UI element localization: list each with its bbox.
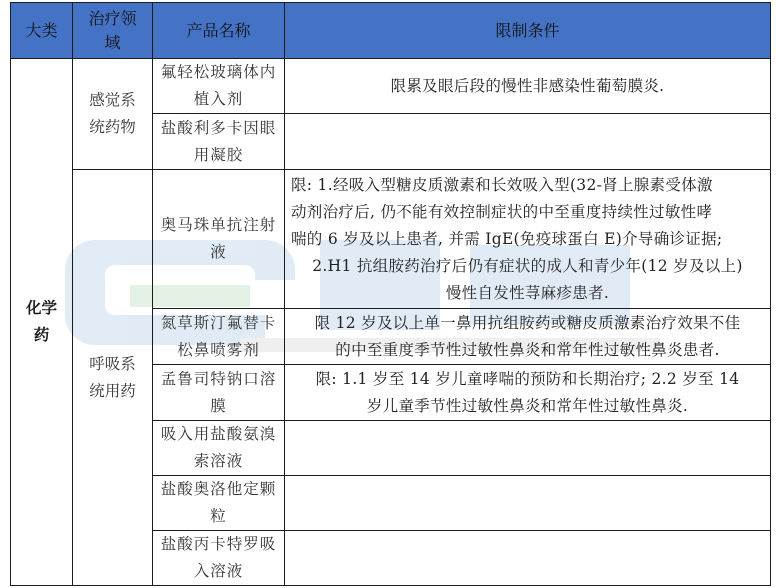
table-row: 化学药 感觉系统药物 氟轻松玻璃体内植入剂 限累及眼后段的慢性非感染性葡萄膜炎. — [11, 59, 771, 114]
product-cell: 吸入用盐酸氨溴索溶液 — [153, 421, 285, 476]
category-cell: 化学药 — [11, 59, 73, 586]
area-cell-sensory: 感觉系统药物 — [73, 59, 153, 170]
condition-line: 喘的 6 岁及以上患者, 并需 IgE(免疫球蛋白 E)介导确诊证据; — [291, 226, 764, 253]
condition-line: 限: 1.1 岁至 14 岁儿童哮喘的预防和长期治疗; 2.2 岁至 14 — [291, 366, 764, 393]
product-cell: 盐酸丙卡特罗吸入溶液 — [153, 531, 285, 586]
condition-line: 慢性自发性荨麻疹患者. — [291, 280, 764, 307]
condition-line: 动剂治疗后, 仍不能有效控制症状的中至重度持续性过敏性哮 — [291, 199, 764, 226]
condition-cell: 限: 1.经吸入型糖皮质激素和长效吸入型(32-肾上腺素受体激 动剂治疗后, 仍… — [285, 170, 771, 309]
condition-cell — [285, 421, 771, 476]
header-row: 大类 治疗领域 产品名称 限制条件 — [11, 3, 771, 59]
header-therapeutic-area: 治疗领域 — [73, 3, 153, 59]
table-row: 呼吸系统用药 奥马珠单抗注射液 限: 1.经吸入型糖皮质激素和长效吸入型(32-… — [11, 170, 771, 309]
area-cell-respiratory: 呼吸系统用药 — [73, 170, 153, 586]
condition-line: 的中至重度季节性过敏性鼻炎和常年性过敏性鼻炎患者. — [291, 337, 764, 364]
header-restrictions: 限制条件 — [285, 3, 771, 59]
drug-restriction-table: 大类 治疗领域 产品名称 限制条件 化学药 感觉系统药物 氟轻松玻璃体内植入剂 … — [10, 2, 771, 586]
condition-cell: 限 12 岁及以上单一鼻用抗组胺药或糖皮质激素治疗效果不佳 的中至重度季节性过敏… — [285, 309, 771, 365]
product-cell: 孟鲁司特钠口溶膜 — [153, 365, 285, 421]
condition-cell — [285, 531, 771, 586]
condition-line: 2.H1 抗组胺药治疗后仍有症状的成人和青少年(12 岁及以上) — [291, 253, 764, 280]
condition-line: 限 12 岁及以上单一鼻用抗组胺药或糖皮质激素治疗效果不佳 — [291, 310, 764, 337]
product-cell: 氟轻松玻璃体内植入剂 — [153, 59, 285, 114]
product-cell: 盐酸利多卡因眼用凝胶 — [153, 114, 285, 170]
condition-cell — [285, 114, 771, 170]
condition-line: 限: 1.经吸入型糖皮质激素和长效吸入型(32-肾上腺素受体激 — [291, 172, 764, 199]
condition-cell: 限累及眼后段的慢性非感染性葡萄膜炎. — [285, 59, 771, 114]
condition-cell — [285, 476, 771, 531]
product-cell: 氮草斯汀氟替卡松鼻喷雾剂 — [153, 309, 285, 365]
product-cell: 盐酸奥洛他定颗粒 — [153, 476, 285, 531]
product-cell: 奥马珠单抗注射液 — [153, 170, 285, 309]
header-category: 大类 — [11, 3, 73, 59]
header-product-name: 产品名称 — [153, 3, 285, 59]
condition-line: 岁儿童季节性过敏性鼻炎和常年性过敏性鼻炎. — [291, 393, 764, 420]
condition-cell: 限: 1.1 岁至 14 岁儿童哮喘的预防和长期治疗; 2.2 岁至 14 岁儿… — [285, 365, 771, 421]
